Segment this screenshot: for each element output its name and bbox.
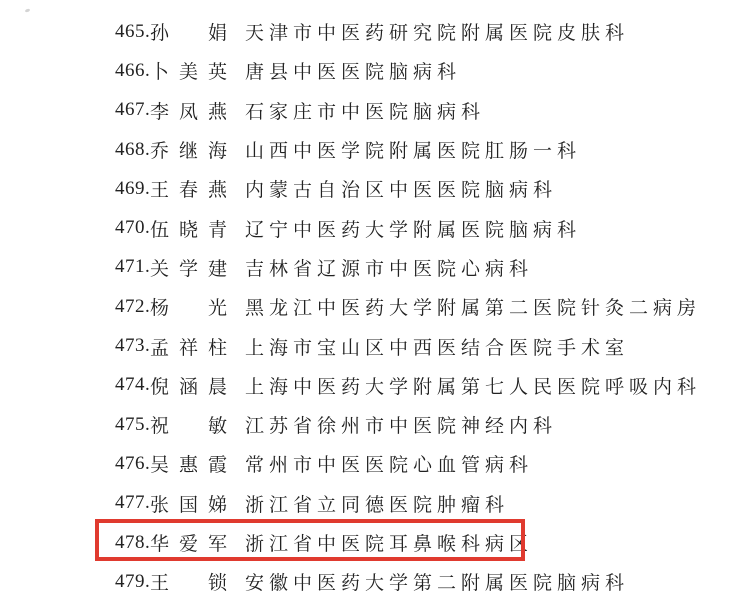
entry-name-char: 晨 bbox=[208, 372, 227, 399]
list-item: 478.华爱军浙江省中医院耳鼻喉科病区 bbox=[115, 523, 701, 562]
entry-name-char: 王 bbox=[150, 175, 169, 202]
list-item: 476.吴惠霞常州市中医医院心血管病科 bbox=[115, 444, 701, 483]
entry-name-char: 建 bbox=[208, 254, 227, 281]
list-item: 466.卜美英唐县中医医院脑病科 bbox=[115, 51, 701, 90]
entry-name-char: 张 bbox=[150, 490, 169, 517]
entry-name-char: 倪 bbox=[150, 372, 169, 399]
list-item: 470.伍晓青辽宁中医药大学附属医院脑病科 bbox=[115, 208, 701, 247]
entry-affiliation: 黑龙江中医药大学附属第二医院针灸二病房 bbox=[245, 293, 701, 320]
entry-name-char: 涵 bbox=[179, 372, 198, 399]
entry-list: 465.孙娟天津市中医药研究院附属医院皮肤科466.卜美英唐县中医医院脑病科46… bbox=[115, 12, 701, 599]
entry-name: 孟祥柱 bbox=[150, 333, 227, 360]
list-item: 473.孟祥柱上海市宝山区中西医结合医院手术室 bbox=[115, 326, 701, 365]
entry-affiliation: 安徽中医药大学第二附属医院脑病科 bbox=[245, 568, 629, 595]
entry-name: 张国娣 bbox=[150, 490, 227, 517]
entry-number: 471. bbox=[115, 256, 150, 278]
entry-name-char: 孟 bbox=[150, 333, 169, 360]
entry-name-char: 学 bbox=[179, 254, 198, 281]
entry-number: 475. bbox=[115, 414, 150, 436]
list-item: 468.乔继海山西中医学院附属医院肛肠一科 bbox=[115, 130, 701, 169]
list-item: 474.倪涵晨上海中医药大学附属第七人民医院呼吸内科 bbox=[115, 366, 701, 405]
entry-name: 关学建 bbox=[150, 254, 227, 281]
entry-name-char: 李 bbox=[150, 97, 169, 124]
entry-number: 479. bbox=[115, 571, 150, 593]
entry-number: 474. bbox=[115, 374, 150, 396]
entry-name-char: 霞 bbox=[208, 450, 227, 477]
entry-name-char: 继 bbox=[179, 136, 198, 163]
entry-name: 倪涵晨 bbox=[150, 372, 227, 399]
entry-name-char: 凤 bbox=[179, 97, 198, 124]
scan-artifact-speck bbox=[25, 8, 31, 13]
entry-number: 469. bbox=[115, 178, 150, 200]
entry-number: 473. bbox=[115, 335, 150, 357]
entry-name: 王锁 bbox=[150, 568, 227, 595]
list-item: 475.祝敏江苏省徐州市中医院神经内科 bbox=[115, 405, 701, 444]
entry-name-char: 关 bbox=[150, 254, 169, 281]
entry-affiliation: 吉林省辽源市中医院心病科 bbox=[245, 254, 533, 281]
entry-affiliation: 内蒙古自治区中医医院脑病科 bbox=[245, 175, 557, 202]
entry-name-char: 华 bbox=[150, 529, 169, 556]
entry-name-char: 柱 bbox=[208, 333, 227, 360]
list-item: 479.王锁安徽中医药大学第二附属医院脑病科 bbox=[115, 562, 701, 599]
entry-number: 467. bbox=[115, 99, 150, 121]
entry-affiliation: 上海市宝山区中西医结合医院手术室 bbox=[245, 333, 629, 360]
entry-name-char: 祥 bbox=[179, 333, 198, 360]
entry-name-char: 惠 bbox=[179, 450, 198, 477]
entry-name-char: 乔 bbox=[150, 136, 169, 163]
entry-name-char: 燕 bbox=[208, 97, 227, 124]
entry-name: 杨光 bbox=[150, 293, 227, 320]
entry-name: 华爱军 bbox=[150, 529, 227, 556]
entry-name: 卜美英 bbox=[150, 57, 227, 84]
entry-name-char: 敏 bbox=[208, 411, 227, 438]
entry-name-char: 祝 bbox=[150, 411, 169, 438]
list-item: 467.李凤燕石家庄市中医院脑病科 bbox=[115, 91, 701, 130]
entry-number: 478. bbox=[115, 532, 150, 554]
entry-number: 477. bbox=[115, 492, 150, 514]
entry-name-char: 晓 bbox=[179, 215, 198, 242]
entry-name-char: 卜 bbox=[150, 57, 169, 84]
list-item: 469.王春燕内蒙古自治区中医医院脑病科 bbox=[115, 169, 701, 208]
entry-affiliation: 浙江省立同德医院肿瘤科 bbox=[245, 490, 509, 517]
entry-number: 476. bbox=[115, 453, 150, 475]
entry-name-char: 孙 bbox=[150, 18, 169, 45]
entry-name-char: 吴 bbox=[150, 450, 169, 477]
entry-affiliation: 常州市中医医院心血管病科 bbox=[245, 450, 533, 477]
entry-affiliation: 石家庄市中医院脑病科 bbox=[245, 97, 485, 124]
entry-affiliation: 天津市中医药研究院附属医院皮肤科 bbox=[245, 18, 629, 45]
entry-number: 465. bbox=[115, 21, 150, 43]
entry-affiliation: 山西中医学院附属医院肛肠一科 bbox=[245, 136, 581, 163]
entry-name-char: 锁 bbox=[208, 568, 227, 595]
entry-name-char: 王 bbox=[150, 568, 169, 595]
entry-name-char: 青 bbox=[208, 215, 227, 242]
entry-name: 吴惠霞 bbox=[150, 450, 227, 477]
entry-name: 李凤燕 bbox=[150, 97, 227, 124]
entry-affiliation: 浙江省中医院耳鼻喉科病区 bbox=[245, 529, 533, 556]
entry-name-char: 光 bbox=[208, 293, 227, 320]
entry-number: 472. bbox=[115, 296, 150, 318]
entry-name-char: 伍 bbox=[150, 215, 169, 242]
list-item: 472.杨光黑龙江中医药大学附属第二医院针灸二病房 bbox=[115, 287, 701, 326]
entry-number: 466. bbox=[115, 60, 150, 82]
entry-name: 王春燕 bbox=[150, 175, 227, 202]
entry-name-char: 杨 bbox=[150, 293, 169, 320]
entry-name: 孙娟 bbox=[150, 18, 227, 45]
list-item: 477.张国娣浙江省立同德医院肿瘤科 bbox=[115, 484, 701, 523]
entry-name: 伍晓青 bbox=[150, 215, 227, 242]
entry-affiliation: 上海中医药大学附属第七人民医院呼吸内科 bbox=[245, 372, 701, 399]
entry-name-char: 娣 bbox=[208, 490, 227, 517]
entry-affiliation: 辽宁中医药大学附属医院脑病科 bbox=[245, 215, 581, 242]
entry-number: 468. bbox=[115, 139, 150, 161]
entry-name-char: 燕 bbox=[208, 175, 227, 202]
entry-name-char: 爱 bbox=[179, 529, 198, 556]
entry-name-char: 军 bbox=[208, 529, 227, 556]
entry-name-char: 国 bbox=[179, 490, 198, 517]
entry-affiliation: 江苏省徐州市中医院神经内科 bbox=[245, 411, 557, 438]
entry-name: 祝敏 bbox=[150, 411, 227, 438]
entry-affiliation: 唐县中医医院脑病科 bbox=[245, 57, 461, 84]
list-item: 471.关学建吉林省辽源市中医院心病科 bbox=[115, 248, 701, 287]
list-item: 465.孙娟天津市中医药研究院附属医院皮肤科 bbox=[115, 12, 701, 51]
entry-number: 470. bbox=[115, 217, 150, 239]
entry-name-char: 海 bbox=[208, 136, 227, 163]
entry-name: 乔继海 bbox=[150, 136, 227, 163]
entry-name-char: 娟 bbox=[208, 18, 227, 45]
scanned-document-page: 465.孙娟天津市中医药研究院附属医院皮肤科466.卜美英唐县中医医院脑病科46… bbox=[0, 0, 735, 599]
entry-name-char: 美 bbox=[179, 57, 198, 84]
entry-name-char: 英 bbox=[208, 57, 227, 84]
entry-name-char: 春 bbox=[179, 175, 198, 202]
